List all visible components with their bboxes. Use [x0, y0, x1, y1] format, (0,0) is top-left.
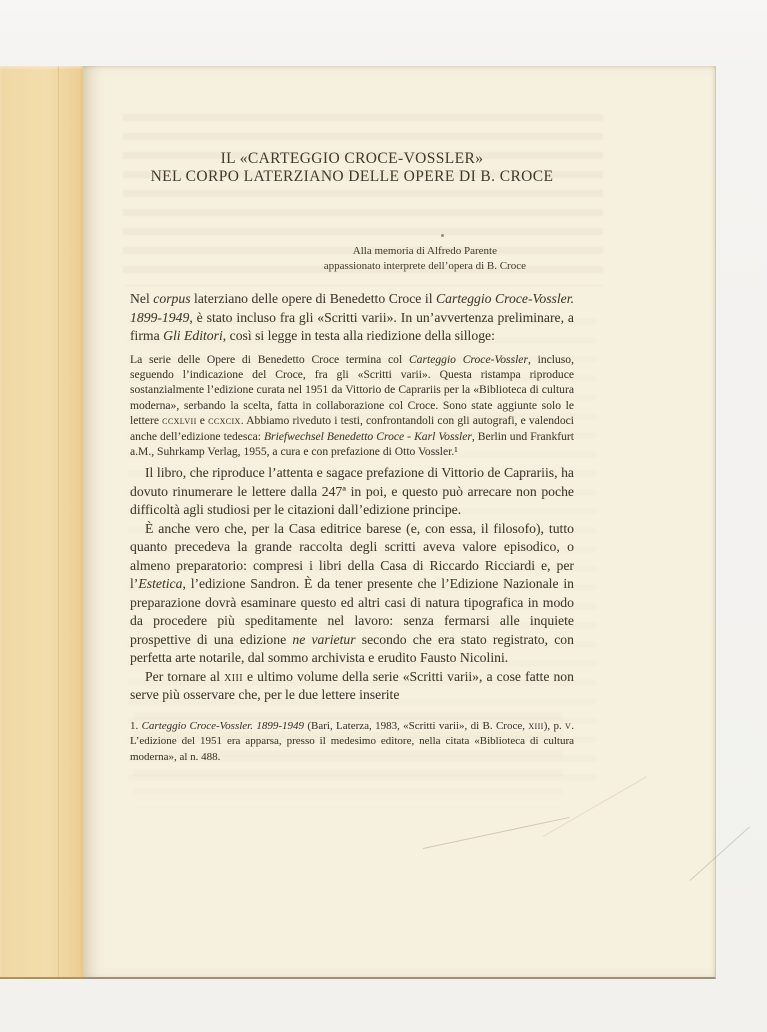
dedication-line-2: appassionato interprete dell’opera di B.… [324, 259, 526, 274]
paragraph-per-tornare: Per tornare al xiii e ultimo volume dell… [130, 668, 574, 705]
paper-crease [58, 66, 59, 977]
paragraph-il-libro: Il libro, che riproduce l’attenta e saga… [130, 464, 574, 520]
title-line-2: NEL CORPO LATERZIANO DELLE OPERE DI B. C… [130, 168, 574, 186]
scratch-mark [543, 776, 647, 837]
text-column: IL «CARTEGGIO CROCE-VOSSLER» NEL CORPO L… [130, 150, 574, 765]
paragraph-intro: Nel corpus laterziano delle opere di Ben… [130, 290, 574, 346]
previous-page-edge [0, 66, 83, 979]
book-page: IL «CARTEGGIO CROCE-VOSSLER» NEL CORPO L… [83, 66, 716, 979]
paragraph-e-anche-vero: È anche vero che, per la Casa editrice b… [130, 520, 574, 668]
footnote-1: 1. Carteggio Croce-Vossler. 1899-1949 (B… [130, 719, 574, 766]
scanned-page: IL «CARTEGGIO CROCE-VOSSLER» NEL CORPO L… [0, 0, 767, 1032]
dedication: Alla memoria di Alfredo Parente appassio… [324, 244, 526, 274]
dedication-line-1: Alla memoria di Alfredo Parente [324, 244, 526, 259]
title-line-1: IL «CARTEGGIO CROCE-VOSSLER» [130, 150, 574, 168]
scratch-mark [423, 817, 570, 849]
article-title: IL «CARTEGGIO CROCE-VOSSLER» NEL CORPO L… [130, 150, 574, 186]
editors-note-quote: La serie delle Opere di Benedetto Croce … [130, 352, 574, 460]
